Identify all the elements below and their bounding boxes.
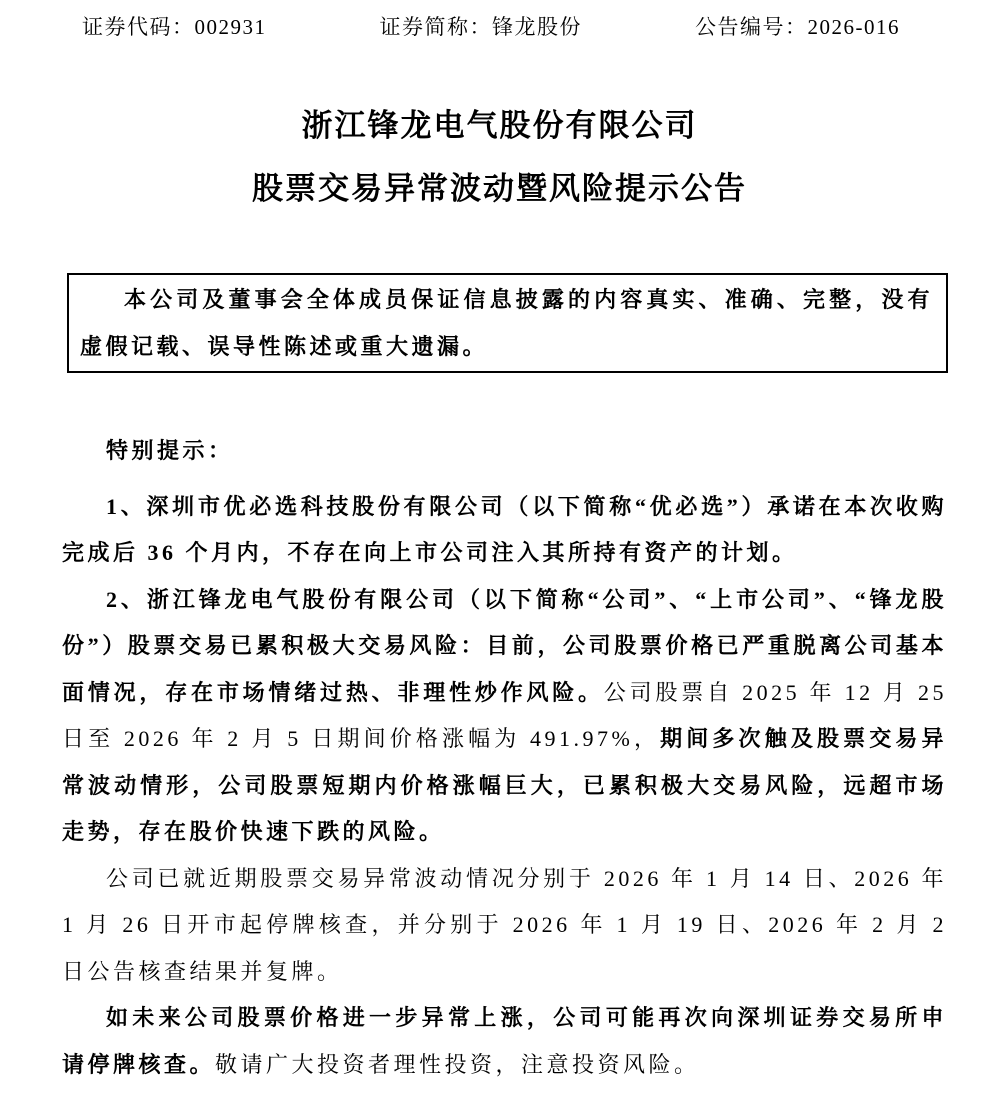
paragraph-commitment-text: 1、深圳市优必选科技股份有限公司（以下简称“优必选”）承诺在本次收购完成后 36…: [62, 494, 947, 566]
announcement-number-label: 公告编号：2026-016: [695, 14, 900, 40]
paragraph-suspension-history: 公司已就近期股票交易异常波动情况分别于 2026 年 1 月 14 日、2026…: [62, 856, 947, 996]
document-meta-header: 证券代码：002931 证券简称：锋龙股份 公告编号：2026-016: [0, 0, 999, 40]
disclosure-statement-box: 本公司及董事会全体成员保证信息披露的内容真实、准确、完整，没有虚假记载、误导性陈…: [67, 273, 948, 373]
document-title: 浙江锋龙电气股份有限公司 股票交易异常波动暨风险提示公告: [0, 94, 999, 220]
special-notice-heading: 特别提示：: [62, 428, 947, 475]
company-name-title-line: 浙江锋龙电气股份有限公司: [0, 94, 999, 157]
stock-abbr-label: 证券简称：锋龙股份: [380, 14, 583, 40]
disclosure-statement-text: 本公司及董事会全体成员保证信息披露的内容真实、准确、完整，没有虚假记载、误导性陈…: [80, 276, 933, 370]
paragraph-commitment: 1、深圳市优必选科技股份有限公司（以下简称“优必选”）承诺在本次收购完成后 36…: [62, 484, 947, 577]
document-body: 特别提示： 1、深圳市优必选科技股份有限公司（以下简称“优必选”）承诺在本次收购…: [62, 428, 947, 1088]
stock-code-label: 证券代码：002931: [82, 14, 267, 40]
paragraph-trading-risk: 2、浙江锋龙电气股份有限公司（以下简称“公司”、“上市公司”、“锋龙股份”）股票…: [62, 577, 947, 856]
announcement-title-line: 股票交易异常波动暨风险提示公告: [0, 157, 999, 220]
investor-reminder-text: 敬请广大投资者理性投资，注意投资风险。: [215, 1052, 700, 1077]
announcement-document: 证券代码：002931 证券简称：锋龙股份 公告编号：2026-016 浙江锋龙…: [0, 0, 999, 1098]
paragraph-future-warning: 如未来公司股票价格进一步异常上涨，公司可能再次向深圳证券交易所申请停牌核查。敬请…: [62, 995, 947, 1088]
suspension-history-text: 公司已就近期股票交易异常波动情况分别于 2026 年 1 月 14 日、2026…: [62, 866, 947, 984]
